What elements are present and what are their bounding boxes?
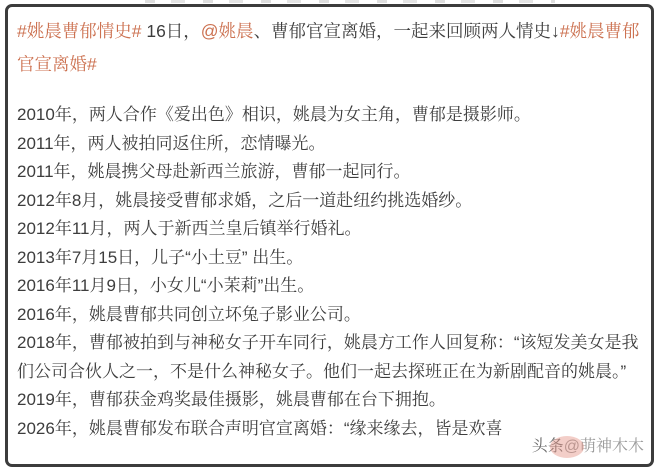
timeline-entry: 2016年11月9日，小女儿“小茉莉”出生。: [17, 272, 645, 301]
timeline-entry: 2012年8月，姚晨接受曹郁求婚，之后一道赴纽约挑选婚纱。: [17, 187, 645, 216]
header-plain-text: 、曹郁官宣离婚，一起来回顾两人情史↓: [254, 21, 560, 41]
post-card: #姚晨曹郁情史# 16日，@姚晨、曹郁官宣离婚，一起来回顾两人情史↓#姚晨曹郁官…: [5, 4, 654, 467]
hashtag-link-yaochen-caoyu-history[interactable]: #姚晨曹郁情史#: [17, 21, 141, 41]
timeline-entry: 2019年，曹郁获金鸡奖最佳摄影，姚晨曹郁在台下拥抱。: [17, 386, 645, 415]
timeline-entry: 2013年7月15日，儿子“小土豆” 出生。: [17, 244, 645, 273]
post-screenshot: #姚晨曹郁情史# 16日，@姚晨、曹郁官宣离婚，一起来回顾两人情史↓#姚晨曹郁官…: [0, 0, 660, 474]
timeline-list: 2010年，两人合作《爱出色》相识，姚晨为女主角，曹郁是摄影师。 2011年，两…: [17, 101, 645, 443]
post-header: #姚晨曹郁情史# 16日，@姚晨、曹郁官宣离婚，一起来回顾两人情史↓#姚晨曹郁官…: [17, 15, 645, 81]
timeline-entry: 2012年11月，两人于新西兰皇后镇举行婚礼。: [17, 215, 645, 244]
cropped-text-artifact: [145, 0, 555, 3]
header-plain-text: 16日，: [141, 21, 200, 41]
timeline-entry: 2011年，两人被拍同返住所，恋情曝光。: [17, 130, 645, 159]
timeline-entry: 2016年，姚晨曹郁共同创立坏兔子影业公司。: [17, 301, 645, 330]
toutiao-watermark: 头条@萌神木木: [532, 437, 644, 457]
toutiao-watermark-handle: @萌神木木: [564, 438, 644, 455]
mention-link-yaochen[interactable]: @姚晨: [201, 21, 254, 41]
timeline-entry: 2010年，两人合作《爱出色》相识，姚晨为女主角，曹郁是摄影师。: [17, 101, 645, 130]
timeline-entry: 2018年，曹郁被拍到与神秘女子开车同行，姚晨方工作人回复称：“该短发美女是我们…: [17, 329, 645, 386]
toutiao-watermark-handle-text: @萌神木木: [564, 438, 644, 455]
timeline-entry: 2011年，姚晨携父母赴新西兰旅游，曹郁一起同行。: [17, 158, 645, 187]
toutiao-watermark-prefix: 头条: [532, 438, 564, 455]
